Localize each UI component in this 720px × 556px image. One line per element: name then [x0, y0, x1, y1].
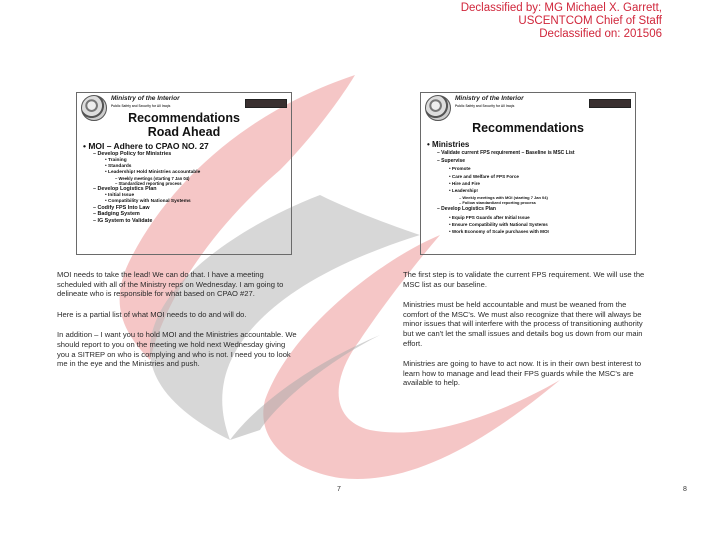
slide-bullet-level-3: • Hire and Fire — [427, 180, 631, 187]
slide-bullet-level-2: – Badging System — [83, 211, 287, 218]
slide-bullet-level-2: – Develop Logistics Plan — [83, 186, 287, 193]
note-paragraph: The first step is to validate the curren… — [403, 270, 651, 289]
declassified-on: Declassified on: 201506 — [461, 28, 662, 41]
slide-bullet-list: • MOI – Adhere to CPAO NO. 27– Develop P… — [83, 141, 287, 224]
slide-bullet-level-2: – Validate current FPS requirement – Bas… — [427, 150, 631, 158]
slide-bullet-level-3: • Promote — [427, 165, 631, 172]
page-number: 8 — [683, 486, 687, 493]
slide-bullet-level-3: • Work Economy of Scale purchases with M… — [427, 228, 631, 235]
slide-title: Recommendations — [421, 121, 635, 135]
slide-org-name: Ministry of the Interior — [111, 95, 180, 102]
globe-logo-icon — [425, 95, 451, 121]
slide-bullet-level-2: – Develop Policy for Ministries — [83, 151, 287, 158]
page-number: 7 — [337, 486, 341, 493]
slide-tagline: Public Safety and Security for All Iraqi… — [455, 104, 514, 108]
note-paragraph: MOI needs to take the lead! We can do th… — [57, 270, 297, 299]
note-paragraph: Ministries must be held accountable and … — [403, 300, 651, 348]
slide-recommendations-road-ahead: Ministry of the Interior Public Safety a… — [76, 92, 292, 255]
note-paragraph: In addition – I want you to hold MOI and… — [57, 330, 297, 368]
slide-badge — [589, 99, 631, 108]
slide-bullet-list: • Ministries– Validate current FPS requi… — [427, 140, 631, 236]
slide-recommendations: Ministry of the Interior Public Safety a… — [420, 92, 636, 255]
speaker-notes-page-8: The first step is to validate the curren… — [403, 270, 651, 399]
slide-title: Recommendations Road Ahead — [77, 111, 291, 139]
slide-bullet-level-3: • Ensure Compatibility with National Sys… — [427, 221, 631, 228]
slide-bullet-level-1: • Ministries — [427, 140, 631, 150]
slide-bullet-level-2: – Codify FPS Into Law — [83, 205, 287, 212]
slide-badge — [245, 99, 287, 108]
slide-title-line1: Recommendations — [77, 111, 291, 125]
slide-bullet-level-2: – IG System to Validate — [83, 218, 287, 225]
slide-bullet-level-1: • MOI – Adhere to CPAO NO. 27 — [83, 141, 287, 151]
slide-bullet-level-2: – Develop Logistics Plan — [427, 206, 631, 214]
slide-title-line1: Recommendations — [421, 121, 635, 135]
speaker-notes-page-7: MOI needs to take the lead! We can do th… — [57, 270, 297, 380]
slide-bullet-level-3: • Equip FPS Guards after Initial Issue — [427, 214, 631, 221]
note-paragraph: Here is a partial list of what MOI needs… — [57, 310, 297, 320]
declassifier-title: USCENTCOM Chief of Staff — [461, 15, 662, 28]
slide-org-name: Ministry of the Interior — [455, 95, 524, 102]
slide-bullet-level-3: • Leadership! — [427, 187, 631, 194]
slide-bullet-level-3: • Care and Welfare of FPS Force — [427, 173, 631, 180]
declassified-by: Declassified by: MG Michael X. Garrett, — [461, 2, 662, 15]
note-paragraph: Ministries are going to have to act now.… — [403, 359, 651, 388]
slide-tagline: Public Safety and Security for All Iraqi… — [111, 104, 170, 108]
declassification-stamp: Declassified by: MG Michael X. Garrett, … — [461, 2, 662, 41]
slide-title-line2: Road Ahead — [77, 125, 291, 139]
slide-bullet-level-2: – Supervise — [427, 158, 631, 166]
